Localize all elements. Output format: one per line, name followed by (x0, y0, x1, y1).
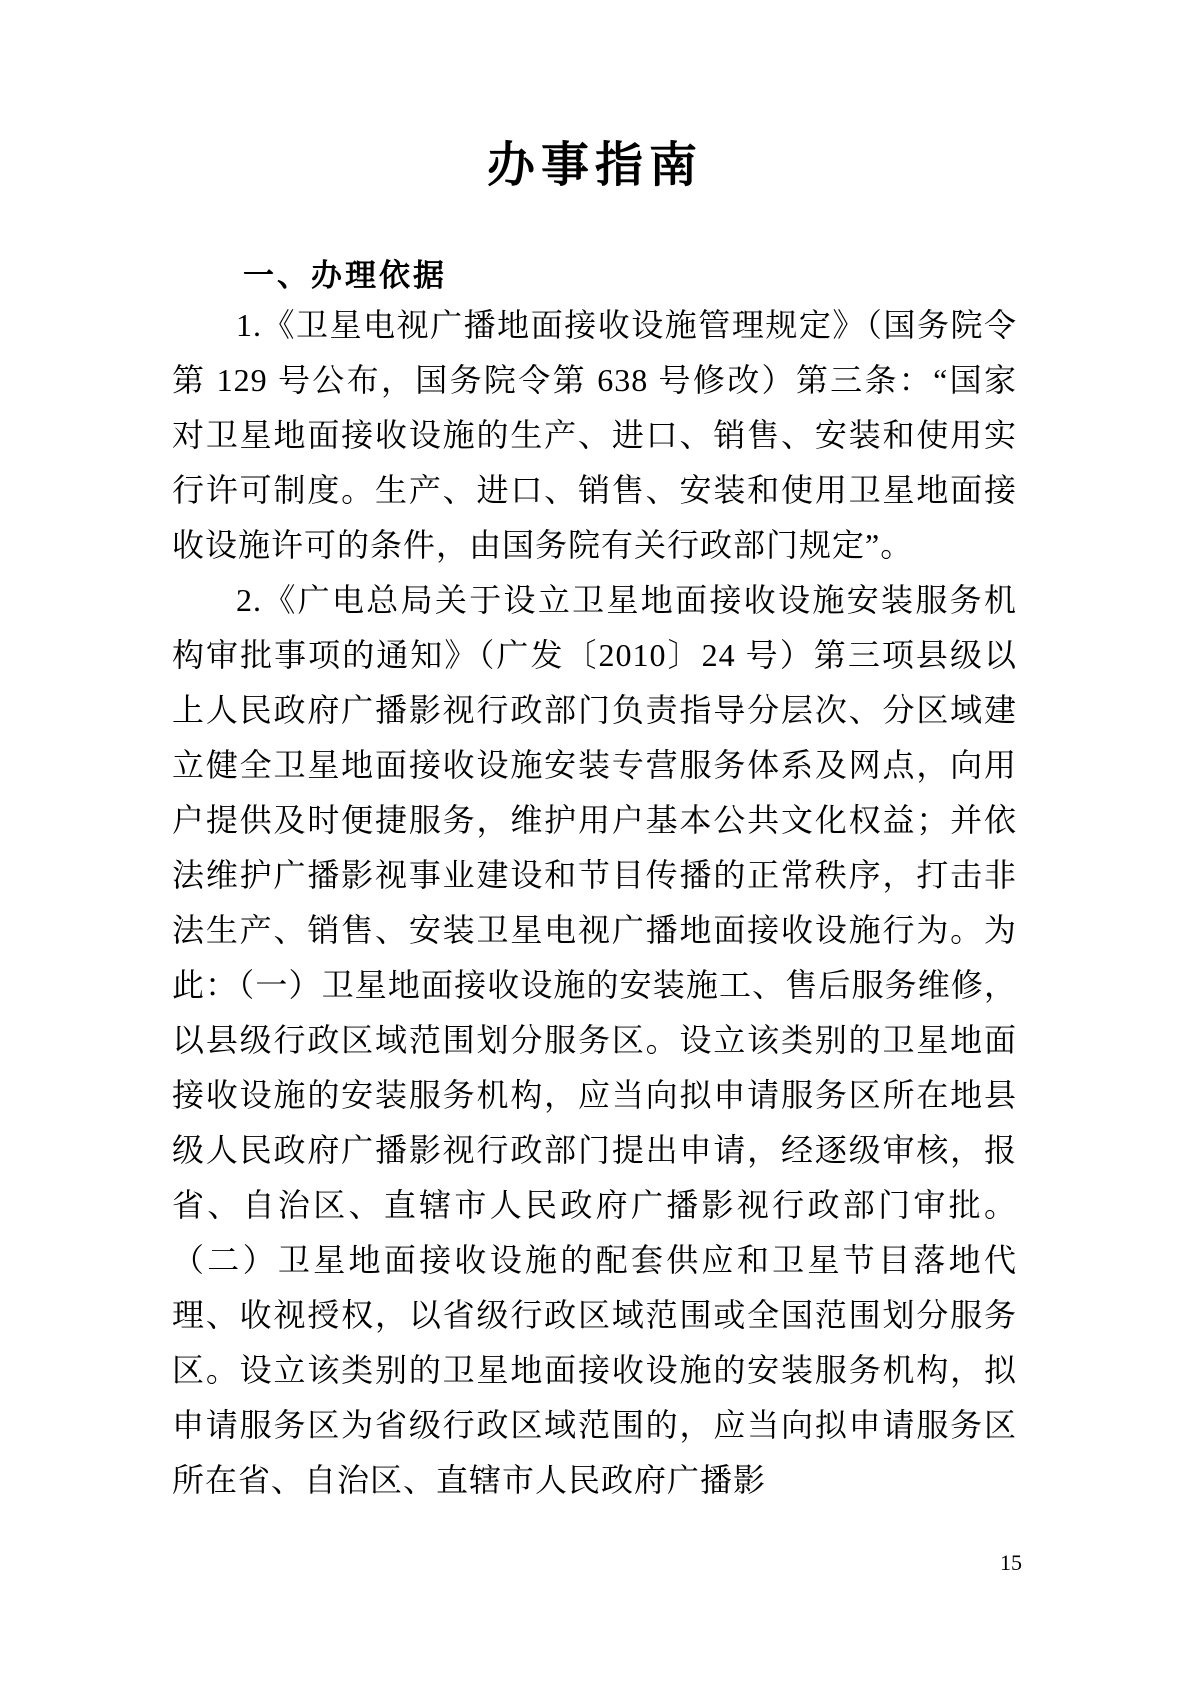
page-number: 15 (1000, 1550, 1022, 1576)
paragraph-1: 1.《卫星电视广播地面接收设施管理规定》（国务院令第 129 号公布，国务院令第… (172, 298, 1017, 573)
page-title: 办事指南 (0, 126, 1190, 195)
document-page: 办事指南 一、办理依据 1.《卫星电视广播地面接收设施管理规定》（国务院令第 1… (0, 0, 1190, 1683)
body-text: 1.《卫星电视广播地面接收设施管理规定》（国务院令第 129 号公布，国务院令第… (172, 298, 1017, 1508)
section-heading: 一、办理依据 (243, 250, 447, 295)
paragraph-2: 2.《广电总局关于设立卫星地面接收设施安装服务机构审批事项的通知》（广发〔201… (172, 573, 1017, 1508)
